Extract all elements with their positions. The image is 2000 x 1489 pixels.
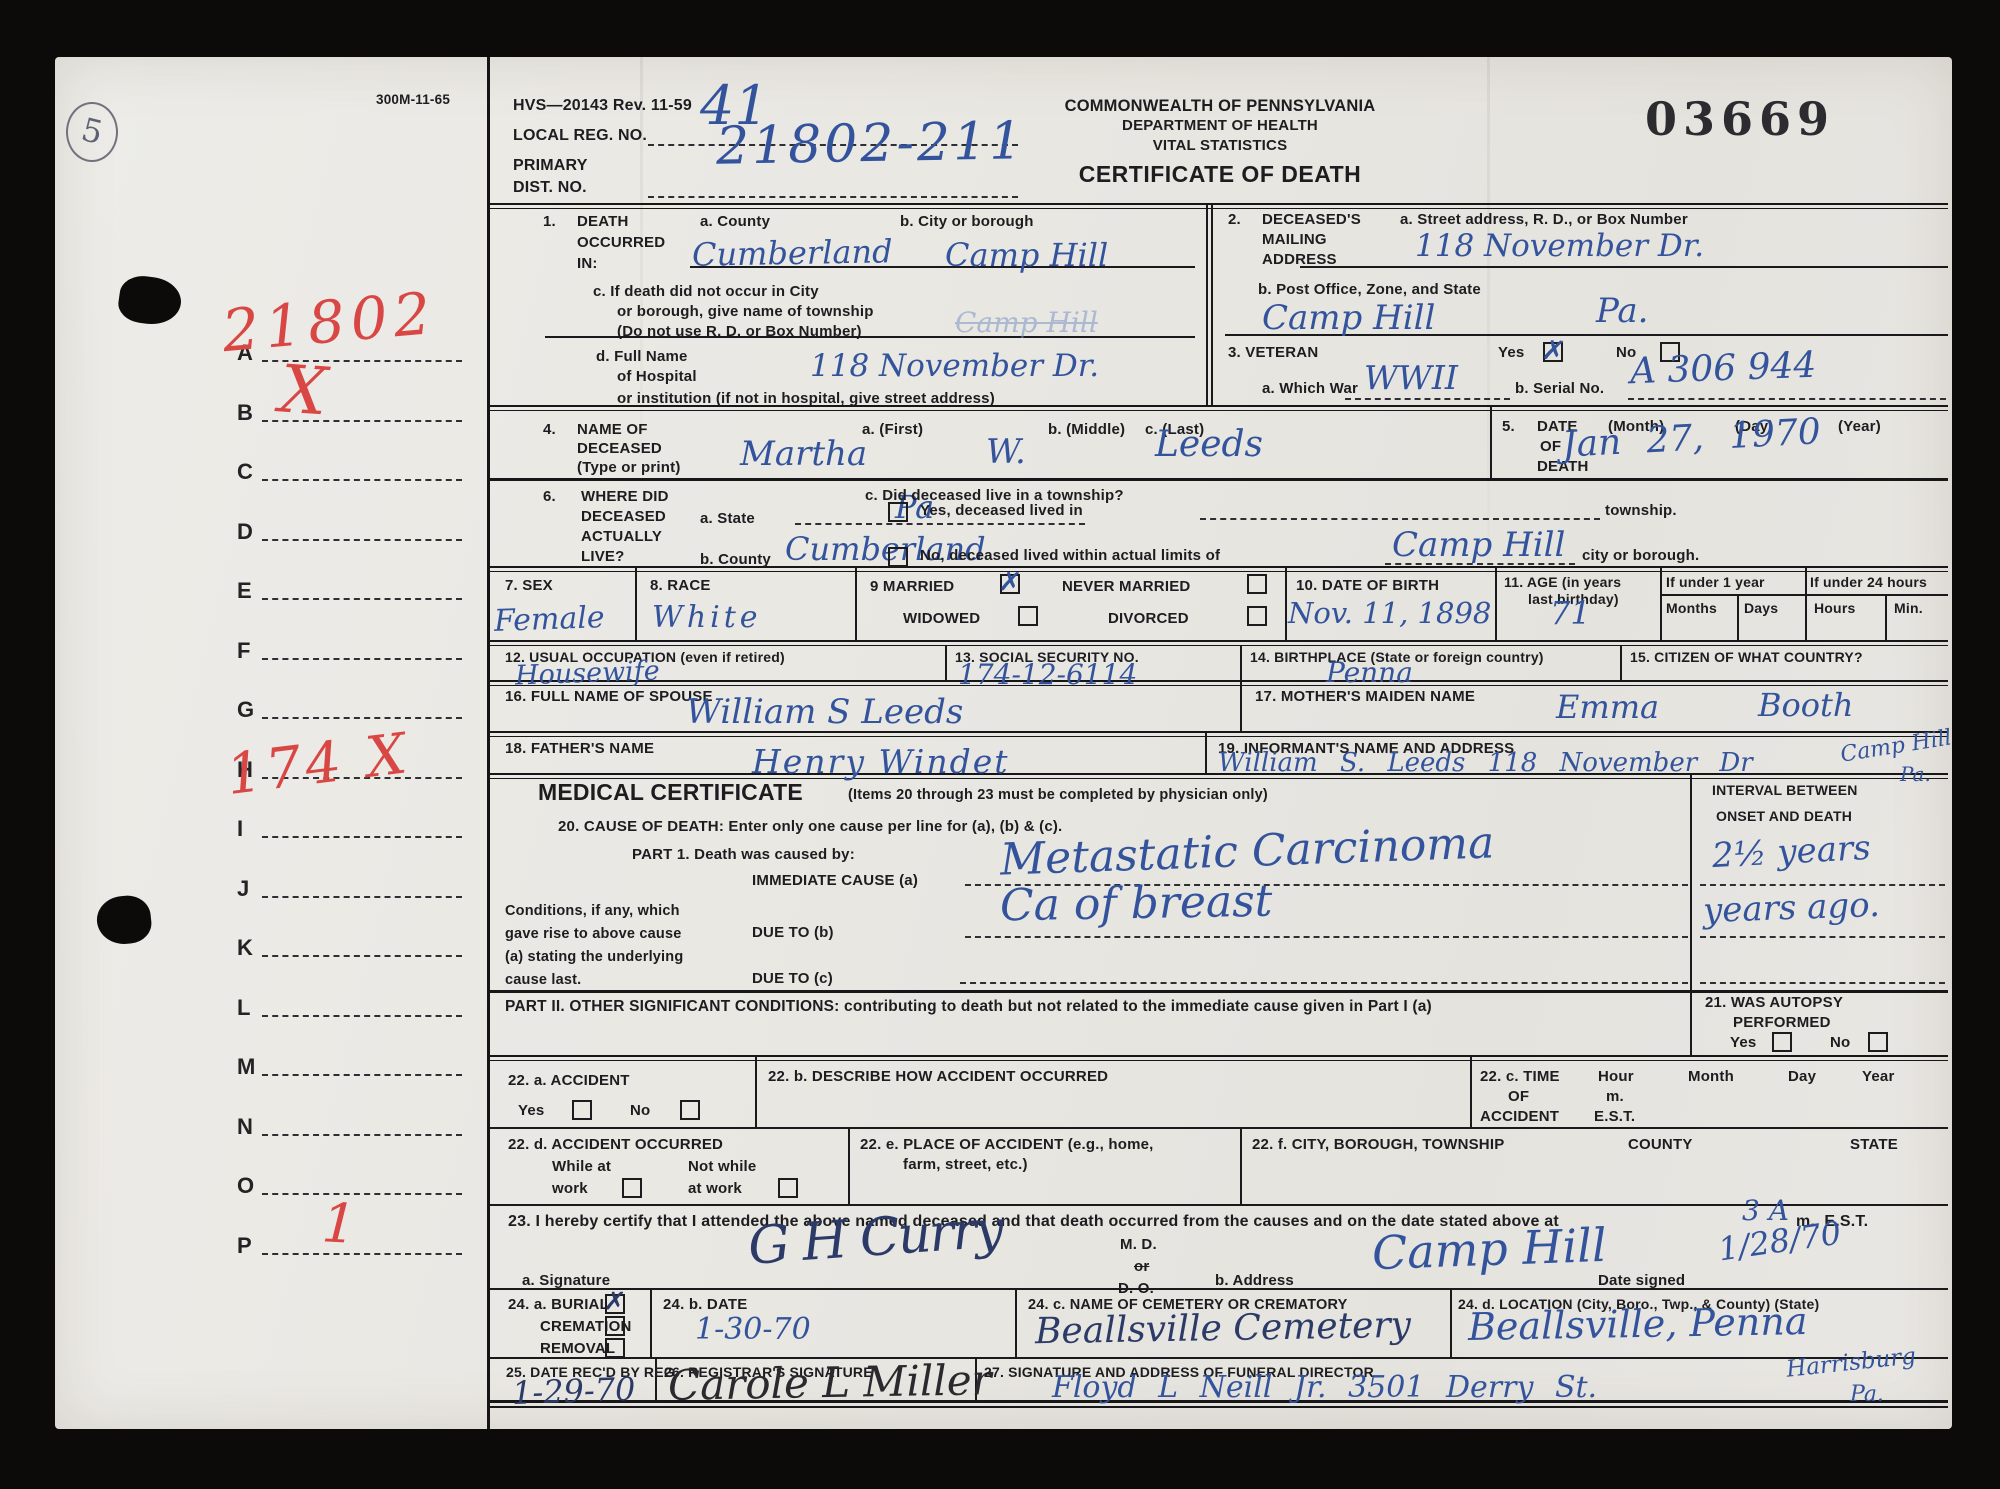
s6b-label: b. County (700, 551, 771, 570)
rule-h (1700, 982, 1945, 984)
s1c-label: (Do not use R. D. or Box Number) (617, 323, 862, 342)
part2-label: PART II. OTHER SIGNIFICANT CONDITIONS: c… (505, 997, 1432, 1016)
rule-h (490, 1127, 1948, 1129)
s20-immediate-cause-label: IMMEDIATE CAUSE (a) (752, 872, 918, 891)
s24d-value: Beallsville, Penna (1468, 1299, 1808, 1349)
rule-v (1737, 596, 1739, 640)
s3-yes-label: Yes (1498, 344, 1524, 363)
rule-h (1700, 936, 1945, 938)
s7-value: Female (493, 600, 605, 639)
red-annotation-x: X (277, 350, 329, 430)
s13-value: 174-12-6114 (958, 658, 1137, 691)
index-line (262, 955, 462, 957)
checkbox-not-while-at-work (778, 1178, 798, 1198)
s20b-value: Ca of breast (1000, 876, 1273, 932)
index-line (262, 836, 462, 838)
rule-v (1205, 733, 1207, 773)
s20b-interval-value: years ago. (1702, 885, 1880, 931)
rule-h (1200, 518, 1600, 520)
s1c-label: or borough, give name of township (617, 303, 874, 322)
s4-middle-value: W. (986, 432, 1026, 472)
rule-h (1300, 266, 1948, 268)
s18-label: 18. FATHER'S NAME (505, 740, 654, 759)
rule-h (490, 1055, 1948, 1061)
s20-conditions-label: gave rise to above cause (505, 925, 681, 943)
s2b-state-value: Pa. (1596, 291, 1648, 331)
s1b-value: Camp Hill (945, 236, 1108, 274)
rule-v (635, 568, 637, 640)
s9-married-label: 9 MARRIED (870, 578, 954, 597)
rule-h (1385, 563, 1575, 565)
s2a-value: 118 November Dr. (1415, 228, 1704, 264)
index-line (262, 1253, 462, 1255)
s6-yes-line: Yes, deceased lived in (920, 502, 1083, 521)
rule-h (1660, 594, 1948, 596)
rule-h (490, 1357, 1948, 1359)
s3-serial-value: A 306 944 (1629, 345, 1817, 392)
form-number: HVS—20143 Rev. 11-59 (513, 96, 692, 116)
s2-label: DECEASED'S (1262, 211, 1361, 230)
index-letter: B (237, 400, 253, 426)
s22e-label: 22. e. PLACE OF ACCIDENT (e.g., home, (860, 1136, 1154, 1155)
medical-certificate-subtitle: (Items 20 through 23 must be completed b… (848, 786, 1268, 804)
s18-value: Henry Windet (752, 742, 1010, 781)
s6a-label: a. State (700, 510, 755, 529)
paper-crease (1487, 57, 1490, 577)
index-letter: J (237, 876, 249, 902)
primary-label: PRIMARY (513, 156, 588, 176)
s24b-value: 1-30-70 (695, 1312, 811, 1347)
index-letter: C (237, 459, 253, 485)
s22d-whileat-label: While at (552, 1158, 611, 1177)
s19-value3: Pa. (1900, 762, 1931, 786)
s27-value3: Pa. (1850, 1382, 1884, 1407)
s1a-label: a. County (700, 213, 770, 232)
s22c-hour-label: Hour (1598, 1068, 1634, 1087)
s2-label: ADDRESS (1262, 251, 1337, 270)
checkbox-never-married (1247, 574, 1267, 594)
s21-label: 21. WAS AUTOPSY (1705, 994, 1843, 1013)
index-line (262, 479, 462, 481)
dist-no-label: DIST. NO. (513, 178, 587, 198)
rule-v (755, 1057, 757, 1127)
s4-label: DECEASED (577, 440, 662, 459)
s20-conditions-label: (a) stating the underlying (505, 948, 683, 966)
s24-burial-label: 24. a. BURIAL (508, 1296, 609, 1315)
s4-label: NAME OF (577, 421, 648, 440)
s11-under24hr-label: If under 24 hours (1810, 574, 1927, 592)
s22c-m-label: m. (1606, 1088, 1624, 1107)
s11-value: 71 (1550, 594, 1591, 632)
s22d-work-label: work (552, 1180, 588, 1199)
rule-h (490, 1204, 1948, 1206)
checkbox-autopsy-yes (1772, 1032, 1792, 1052)
index-line (262, 539, 462, 541)
s22c-label: OF (1508, 1088, 1529, 1107)
s6-label: WHERE DID (581, 488, 669, 507)
s22c-label: ACCIDENT (1480, 1108, 1559, 1127)
rule-h (1628, 398, 1946, 400)
stub-divider (487, 57, 490, 1429)
rule-v (1490, 407, 1492, 478)
dist-no-value: 21802-211 (716, 111, 1026, 176)
s26-registrar-signature: Carole L Miller (668, 1355, 992, 1410)
s25-value: 1-29-70 (511, 1370, 636, 1412)
s9-never-married-label: NEVER MARRIED (1062, 578, 1190, 597)
s9-widowed-label: WIDOWED (903, 610, 980, 629)
s17-value-last: Booth (1758, 686, 1854, 724)
s22c-year-label: Year (1862, 1068, 1895, 1087)
s11-days-label: Days (1744, 600, 1778, 618)
s6-no-value: Camp Hill (1392, 525, 1565, 565)
rule-h (1700, 884, 1945, 886)
checkbox-removal (605, 1338, 625, 1358)
s2-label: MAILING (1262, 231, 1327, 250)
s5-number: 5. (1502, 418, 1515, 437)
rule-h (490, 640, 1948, 646)
rule-v (1240, 682, 1242, 731)
rule-v (1660, 568, 1662, 640)
s20-due-c-label: DUE TO (c) (752, 970, 833, 989)
s16-label: 16. FULL NAME OF SPOUSE (505, 688, 713, 707)
s8-label: 8. RACE (650, 577, 711, 596)
s4-first-label: a. (First) (862, 421, 923, 440)
rule-v (1690, 775, 1692, 1055)
s22f-county-label: COUNTY (1628, 1136, 1693, 1155)
s8-value: White (652, 600, 762, 635)
s3-serial-label: b. Serial No. (1515, 380, 1604, 399)
s1d-value: 118 November Dr. (810, 348, 1099, 384)
s1d-label: or institution (if not in hospital, give… (617, 390, 995, 409)
s14-value: Penna (1326, 656, 1413, 689)
s10-label: 10. DATE OF BIRTH (1296, 577, 1439, 596)
checkmark-veteran-yes: ✗ (1540, 333, 1568, 369)
s22d-atwork-label: at work (688, 1180, 742, 1199)
interval-label: ONSET AND DEATH (1716, 808, 1852, 826)
s2-number: 2. (1228, 211, 1241, 230)
s11-months-label: Months (1666, 600, 1717, 618)
s21-no-label: No (1830, 1034, 1850, 1053)
index-letter: E (237, 578, 252, 604)
s1-label: OCCURRED (577, 234, 665, 253)
s1-label: DEATH (577, 213, 629, 232)
s4-number: 4. (543, 421, 556, 440)
s1-number: 1. (543, 213, 556, 232)
s1d-label: of Hospital (617, 368, 697, 387)
index-letter: F (237, 638, 250, 664)
rule-v (1240, 1127, 1242, 1204)
s17-label: 17. MOTHER'S MAIDEN NAME (1255, 688, 1475, 707)
s23-signature-label: a. Signature (522, 1272, 610, 1291)
index-line (262, 1074, 462, 1076)
rule-v (1450, 1288, 1452, 1357)
red-annotation-one: 1 (320, 1191, 358, 1256)
scanned-death-certificate: { "colors": {"ink_blue": "#33549c", "red… (0, 0, 2000, 1489)
s20-part1-label: PART 1. Death was caused by: (632, 846, 855, 865)
index-letter: M (237, 1054, 255, 1080)
s11-hours-label: Hours (1814, 600, 1855, 618)
stub-print-code: 300M-11-65 (376, 92, 450, 109)
s22f-state-label: STATE (1850, 1136, 1898, 1155)
s15-label: 15. CITIZEN OF WHAT COUNTRY? (1630, 649, 1863, 667)
s24-removal-label: REMOVAL (540, 1340, 615, 1359)
index-line (262, 598, 462, 600)
s4-first-value: Martha (740, 434, 867, 474)
rule-h (490, 990, 1948, 993)
index-line (262, 1015, 462, 1017)
checkbox-divorced (1247, 606, 1267, 626)
s11-under1yr-label: If under 1 year (1666, 574, 1765, 592)
s6-label: DECEASED (581, 508, 666, 527)
s4-middle-label: b. (Middle) (1048, 421, 1125, 440)
s22f-label: 22. f. CITY, BOROUGH, TOWNSHIP (1252, 1136, 1504, 1155)
checkbox-widowed (1018, 606, 1038, 626)
index-line (262, 717, 462, 719)
checkbox-cremation (605, 1316, 625, 1336)
s4-last-value: Leeds (1155, 424, 1263, 465)
s3-war-value: WWII (1364, 358, 1458, 397)
s6-city-word: city or borough. (1582, 547, 1699, 566)
s20-conditions-label: Conditions, if any, which (505, 902, 680, 920)
rule-h (960, 982, 1688, 984)
s23-or-label: or (1134, 1258, 1149, 1277)
s1a-value: Cumberland (692, 232, 893, 273)
index-letter: L (237, 995, 250, 1021)
s11-min-label: Min. (1894, 600, 1923, 618)
s20-conditions-label: cause last. (505, 971, 581, 989)
s22c-est-label: E.S.T. (1594, 1108, 1635, 1127)
checkbox-accident-yes (572, 1100, 592, 1120)
rule-v (855, 568, 857, 640)
rule-v (1470, 1057, 1472, 1127)
department-heading: DEPARTMENT OF HEALTH (1020, 117, 1420, 136)
rule-v (1285, 568, 1287, 640)
rule-v (848, 1127, 850, 1204)
checkbox-township-yes (888, 502, 908, 522)
index-letter: P (237, 1233, 252, 1259)
s27-funeral-director-signature: Floyd L Neill Jr. 3501 Derry St. (1052, 1370, 1597, 1405)
s22d-label: 22. d. ACCIDENT OCCURRED (508, 1136, 723, 1155)
index-letter: I (237, 816, 243, 842)
s21-label: PERFORMED (1733, 1014, 1831, 1033)
rule-v (945, 646, 947, 680)
s9-divorced-label: DIVORCED (1108, 610, 1189, 629)
s2b-label: b. Post Office, Zone, and State (1258, 281, 1481, 300)
s24c-value: Beallsville Cemetery (1035, 1305, 1412, 1353)
s1d-label: d. Full Name (596, 348, 688, 367)
s7-label: 7. SEX (505, 577, 553, 596)
s6-label: LIVE? (581, 548, 625, 567)
s2a-label: a. Street address, R. D., or Box Number (1400, 211, 1688, 230)
commonwealth-heading: COMMONWEALTH OF PENNSYLVANIA (1020, 96, 1420, 117)
interval-label: INTERVAL BETWEEN (1712, 782, 1858, 800)
checkbox-autopsy-no (1868, 1032, 1888, 1052)
rule-v (1206, 205, 1213, 405)
index-letter: G (237, 697, 254, 723)
s16-value: William S Leeds (686, 692, 963, 732)
s2b-city-value: Camp Hill (1262, 298, 1435, 338)
s22c-month-label: Month (1688, 1068, 1734, 1087)
s19-value: William S. Leeds 118 November Dr (1218, 748, 1753, 778)
checkmark-burial: ✗ (603, 1286, 627, 1318)
s22e-label: farm, street, etc.) (903, 1156, 1028, 1175)
s20-due-b-label: DUE TO (b) (752, 924, 834, 943)
s1c-value: Camp Hill (955, 306, 1098, 339)
rule-v (1805, 568, 1807, 640)
checkbox-while-at-work (622, 1178, 642, 1198)
checkbox-township-no (888, 547, 908, 567)
certificate-title: CERTIFICATE OF DEATH (1000, 160, 1440, 189)
rule-h (1345, 398, 1510, 400)
s6-number: 6. (543, 488, 556, 507)
s22a-label: 22. a. ACCIDENT (508, 1072, 630, 1091)
rule-v (1620, 646, 1622, 680)
s3-war-label: a. Which War (1262, 380, 1358, 399)
rule-h (490, 203, 1948, 209)
s6-no-line: No, deceased lived within actual limits … (920, 547, 1220, 566)
index-letter: K (237, 935, 253, 961)
vital-statistics-heading: VITAL STATISTICS (1020, 137, 1420, 156)
rule-v (650, 1288, 652, 1357)
index-line (262, 1134, 462, 1136)
s10-value: Nov. 11, 1898 (1288, 596, 1491, 630)
rule-h (965, 936, 1688, 938)
s22a-yes-label: Yes (518, 1102, 544, 1121)
certificate-number-stamp: 03669 (1645, 92, 1835, 146)
s1c-label: c. If death did not occur in City (593, 283, 819, 302)
medical-certificate-title: MEDICAL CERTIFICATE (538, 778, 803, 807)
s3-label: 3. VETERAN (1228, 344, 1318, 363)
s22b-label: 22. b. DESCRIBE HOW ACCIDENT OCCURRED (768, 1068, 1108, 1087)
s17-value-first: Emma (1556, 688, 1659, 726)
index-line (262, 896, 462, 898)
rule-h (490, 680, 1948, 686)
s20a-interval-value: 2½ years (1711, 828, 1872, 876)
rule-v (1885, 596, 1887, 640)
s1b-label: b. City or borough (900, 213, 1034, 232)
s23-address-value: Camp Hill (1371, 1218, 1607, 1280)
s22d-notwhile-label: Not while (688, 1158, 756, 1177)
s23-date-signed-label: Date signed (1598, 1272, 1685, 1291)
s21-yes-label: Yes (1730, 1034, 1756, 1053)
checkmark-married: ✗ (997, 566, 1023, 599)
checkbox-accident-no (680, 1100, 700, 1120)
rule-v (1240, 646, 1242, 680)
rule-h (648, 196, 1018, 198)
rule-v (1495, 568, 1497, 640)
s20-label: 20. CAUSE OF DEATH: Enter only one cause… (558, 818, 1062, 837)
s1-label: IN: (577, 255, 598, 274)
index-line (262, 658, 462, 660)
local-reg-label: LOCAL REG. NO. (513, 126, 647, 146)
rule-h (490, 478, 1948, 481)
s22c-day-label: Day (1788, 1068, 1816, 1087)
s4-label: (Type or print) (577, 459, 681, 478)
s6-label: ACTUALLY (581, 528, 662, 547)
s23-md-label: M. D. (1120, 1236, 1157, 1255)
s11-label: 11. AGE (in years (1504, 574, 1621, 592)
index-letter: O (237, 1173, 254, 1199)
index-line (262, 1193, 462, 1195)
s22a-no-label: No (630, 1102, 650, 1121)
s5-label: OF (1540, 438, 1561, 457)
s22c-label: 22. c. TIME (1480, 1068, 1560, 1087)
rule-v (1015, 1288, 1017, 1357)
s5-year-label: (Year) (1838, 418, 1881, 437)
index-letter: D (237, 519, 253, 545)
index-letter: N (237, 1114, 253, 1140)
s12-value: Housewife (515, 655, 661, 691)
rule-h (795, 523, 1085, 525)
s23-address-label: b. Address (1215, 1272, 1294, 1291)
s6-township-word: township. (1605, 502, 1677, 521)
